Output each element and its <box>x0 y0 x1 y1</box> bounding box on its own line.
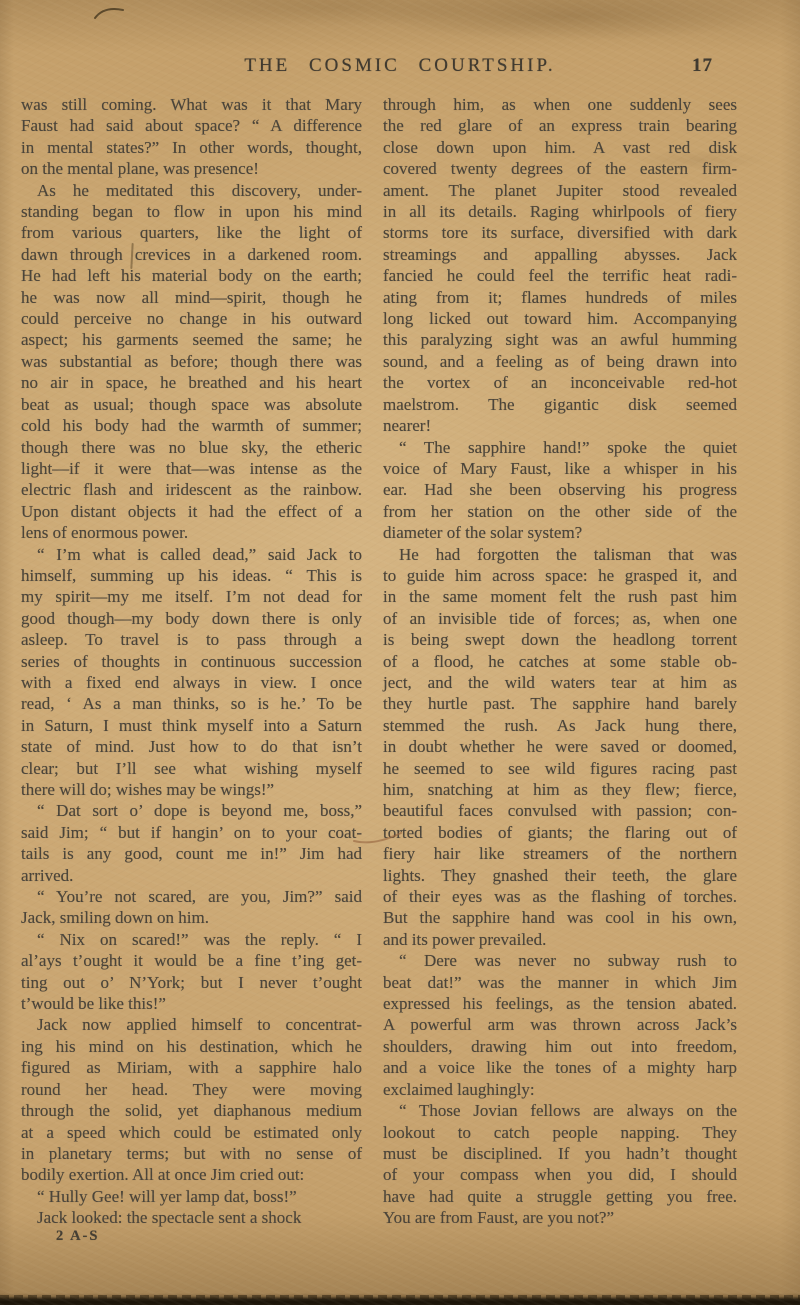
text-line: lens of enormous power. <box>21 522 362 543</box>
text-line: there will do; wishes may be wings!” <box>21 779 362 800</box>
text-line: said Jim; “ but if hangin’ on to your co… <box>21 822 362 843</box>
text-line: is being swept down the headlong torrent <box>383 629 737 650</box>
text-line: “ Dat sort o’ dope is beyond me, boss,” <box>21 800 362 821</box>
text-line: stemmed the rush. As Jack hung there, <box>383 715 737 736</box>
text-line: expressed his feelings, as the tension a… <box>383 993 737 1014</box>
text-line: ject, and the wild waters tear at him as <box>383 672 737 693</box>
text-line: my spirit—my me itself. I’m not dead for <box>21 586 362 607</box>
text-line: in planetary terms; but with no sense of <box>21 1143 362 1164</box>
text-line: fiery hair like streamers of the norther… <box>383 843 737 864</box>
text-line: aspect; his garments seemed the same; he <box>21 329 362 350</box>
text-line: ing his mind on his destination, which h… <box>21 1036 362 1057</box>
scanned-book-page: THE COSMIC COURTSHIP. 17 was still comin… <box>0 0 800 1305</box>
text-line: torted bodies of giants; the flaring out… <box>383 822 737 843</box>
text-line: was substantial as before; though there … <box>21 351 362 372</box>
text-line: state of mind. Just how to do that isn’t <box>21 736 362 757</box>
text-line: with a fixed end always in view. I once <box>21 672 362 693</box>
text-line: to guide him across space: he grasped it… <box>383 565 737 586</box>
text-column-left: was still coming. What was it that MaryF… <box>21 94 362 1229</box>
text-line: bodily exertion. All at once Jim cried o… <box>21 1164 362 1185</box>
text-line: through him, as when one suddenly sees <box>383 94 737 115</box>
text-line: standing began to flow in upon his mind <box>21 201 362 222</box>
paragraph: Jack looked: the spectacle sent a shock <box>21 1207 362 1228</box>
paragraph: “ Dere was never no subway rush tobeat d… <box>383 950 737 1100</box>
text-line: “ Those Jovian fellows are always on the <box>383 1100 737 1121</box>
text-line: he seemed to see wild figures racing pas… <box>383 758 737 779</box>
text-line: beat as usual; though space was absolute <box>21 394 362 415</box>
paragraph: Jack now applied himself to concentrat-i… <box>21 1014 362 1185</box>
text-line: A powerful arm was thrown across Jack’s <box>383 1014 737 1035</box>
text-line: and a voice like the tones of a mighty h… <box>383 1057 737 1078</box>
text-line: Upon distant objects it had the effect o… <box>21 501 362 522</box>
text-line: exclaimed laughingly: <box>383 1079 737 1100</box>
text-line: Faust had said about space? “ A differen… <box>21 115 362 136</box>
text-line: this paralyzing sight was an awful hummi… <box>383 329 737 350</box>
text-line: beat dat!” was the manner in which Jim <box>383 972 737 993</box>
paragraph: “ I’m what is called dead,” said Jack to… <box>21 544 362 801</box>
paragraph: “ Those Jovian fellows are always on the… <box>383 1100 737 1228</box>
text-line: Jack looked: the spectacle sent a shock <box>21 1207 362 1228</box>
text-line: at a speed which could be estimated only <box>21 1122 362 1143</box>
printer-signature: 2 A-S <box>56 1228 99 1245</box>
text-line: asleep. To travel is to pass through a <box>21 629 362 650</box>
text-line: As he meditated this discovery, under- <box>21 180 362 201</box>
paragraph: “ Hully Gee! will yer lamp dat, boss!” <box>21 1186 362 1207</box>
text-line: lookout to catch people napping. They <box>383 1122 737 1143</box>
text-line: storms tore its surface, diversified wit… <box>383 222 737 243</box>
text-line: “ You’re not scared, are you, Jim?” said <box>21 886 362 907</box>
text-line: series of thoughts in continuous success… <box>21 651 362 672</box>
text-line: though there was no blue sky, the etheri… <box>21 437 362 458</box>
text-line: of a flood, he catches at some stable ob… <box>383 651 737 672</box>
paragraph: “ The sapphire hand!” spoke the quietvoi… <box>383 437 737 544</box>
text-line: clear; but I’ll see what wishing myself <box>21 758 362 779</box>
text-line: have had quite a struggle getting you fr… <box>383 1186 737 1207</box>
text-line: voice of Mary Faust, like a whisper in h… <box>383 458 737 479</box>
paragraph: “ You’re not scared, are you, Jim?” said… <box>21 886 362 929</box>
text-line: through the solid, yet diaphanous medium <box>21 1100 362 1121</box>
text-line: on the mental plane, was presence! <box>21 158 362 179</box>
hair-scratch-top-left <box>92 3 126 21</box>
text-line: in doubt whether he were saved or doomed… <box>383 736 737 757</box>
text-line: beautiful faces convulsed with passion; … <box>383 800 737 821</box>
text-line: maelstrom. The gigantic disk seemed <box>383 394 737 415</box>
text-line: round her head. They were moving <box>21 1079 362 1100</box>
paragraph: He had forgotten the talisman that wasto… <box>383 544 737 951</box>
text-line: of their eyes was as the flashing of tor… <box>383 886 737 907</box>
text-line: dawn through crevices in a darkened room… <box>21 244 362 265</box>
paragraph: “ Nix on scared!” was the reply. “ Ial’a… <box>21 929 362 1015</box>
text-line: streamings and appalling abysses. Jack <box>383 244 737 265</box>
text-line: in the same moment felt the rush past hi… <box>383 586 737 607</box>
text-line: could perceive no change in his outward <box>21 308 362 329</box>
text-line: close down upon him. A vast red disk <box>383 137 737 158</box>
text-line: of your compass when you did, I should <box>383 1164 737 1185</box>
page-bottom-edge <box>0 1293 800 1305</box>
text-line: Jack now applied himself to concentrat- <box>21 1014 362 1035</box>
text-line: fancied he could feel the terrific heat … <box>383 265 737 286</box>
text-line: diameter of the solar system? <box>383 522 737 543</box>
text-line: cold his body had the warmth of summer; <box>21 415 362 436</box>
text-line: the vortex of an inconceivable red-hot <box>383 372 737 393</box>
paragraph: “ Dat sort o’ dope is beyond me, boss,”s… <box>21 800 362 886</box>
text-line: was still coming. What was it that Mary <box>21 94 362 115</box>
text-line: shoulders, drawing him out into freedom, <box>383 1036 737 1057</box>
text-line: tails is any good, count me in!” Jim had <box>21 843 362 864</box>
text-line: they hurtle past. The sapphire hand bare… <box>383 693 737 714</box>
text-line: in mental states?” In other words, thoug… <box>21 137 362 158</box>
text-line: But the sapphire hand was cool in his ow… <box>383 907 737 928</box>
text-line: “ The sapphire hand!” spoke the quiet <box>383 437 737 458</box>
text-line: You are from Faust, are you not?” <box>383 1207 737 1228</box>
text-line: long licked out toward him. Accompanying <box>383 308 737 329</box>
text-line: arrived. <box>21 865 362 886</box>
text-line: “ I’m what is called dead,” said Jack to <box>21 544 362 565</box>
text-line: in Saturn, I must think myself into a Sa… <box>21 715 362 736</box>
text-line: covered twenty degrees of the eastern fi… <box>383 158 737 179</box>
text-line: ear. Had she been observing his progress <box>383 479 737 500</box>
text-line: himself, summing up his ideas. “ This is <box>21 565 362 586</box>
text-line: must be disciplined. If you hadn’t thoug… <box>383 1143 737 1164</box>
text-line: the red glare of an express train bearin… <box>383 115 737 136</box>
paragraph: was still coming. What was it that MaryF… <box>21 94 362 180</box>
text-line: nearer! <box>383 415 737 436</box>
text-line: no air in space, he breathed and his hea… <box>21 372 362 393</box>
text-line: “ Hully Gee! will yer lamp dat, boss!” <box>21 1186 362 1207</box>
text-line: al’ays t’ought it would be a fine t’ing … <box>21 950 362 971</box>
paragraph: through him, as when one suddenly seesth… <box>383 94 737 437</box>
text-line: him, snatching at him as they flew; fier… <box>383 779 737 800</box>
text-line: read, ‘ As a man thinks, so is he.’ To b… <box>21 693 362 714</box>
text-column-right: through him, as when one suddenly seesth… <box>383 94 737 1229</box>
text-line: and its power prevailed. <box>383 929 737 950</box>
text-line: ament. The planet Jupiter stood revealed <box>383 180 737 201</box>
running-head-title: THE COSMIC COURTSHIP. <box>0 55 800 81</box>
text-line: from her station on the other side of th… <box>383 501 737 522</box>
text-line: figured as Miriam, with a sapphire halo <box>21 1057 362 1078</box>
text-line: sound, and a feeling as of being drawn i… <box>383 351 737 372</box>
text-line: ting out o’ N’York; but I never t’ought <box>21 972 362 993</box>
text-line: t’would be like this!” <box>21 993 362 1014</box>
text-line: he was now all mind—spirit, though he <box>21 287 362 308</box>
text-line: ating from it; flames hundreds of miles <box>383 287 737 308</box>
text-line: good though—my body down there is only <box>21 608 362 629</box>
text-line: He had forgotten the talisman that was <box>383 544 737 565</box>
text-line: from various quarters, like the light of <box>21 222 362 243</box>
text-line: electric flash and iridescent as the rai… <box>21 479 362 500</box>
text-line: lights. They gnashed their teeth, the gl… <box>383 865 737 886</box>
text-line: in all its details. Raging whirlpools of… <box>383 201 737 222</box>
text-line: “ Dere was never no subway rush to <box>383 950 737 971</box>
text-line: Jack, smiling down on him. <box>21 907 362 928</box>
text-line: of an invisible tide of forces; as, when… <box>383 608 737 629</box>
text-line: light—if it were that—was intense as the <box>21 458 362 479</box>
text-line: “ Nix on scared!” was the reply. “ I <box>21 929 362 950</box>
page-number: 17 <box>692 55 752 77</box>
text-line: He had left his material body on the ear… <box>21 265 362 286</box>
paragraph: As he meditated this discovery, under-st… <box>21 180 362 544</box>
